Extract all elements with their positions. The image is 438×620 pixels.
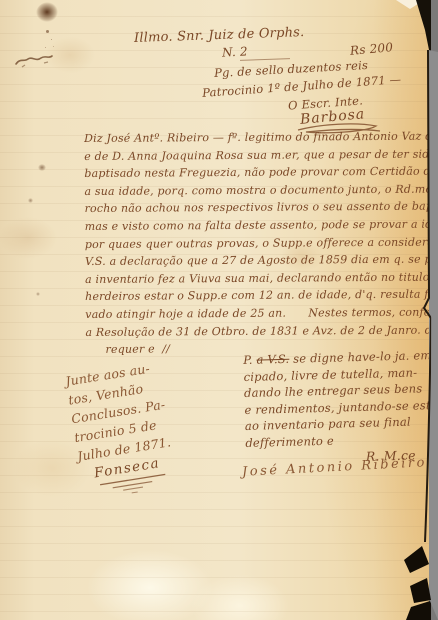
scan-edge-artifacts [0,0,438,620]
document-scan: Illmo. Snr. Juiz de Orphs. N. 2 Rs 200 P… [0,0,438,620]
